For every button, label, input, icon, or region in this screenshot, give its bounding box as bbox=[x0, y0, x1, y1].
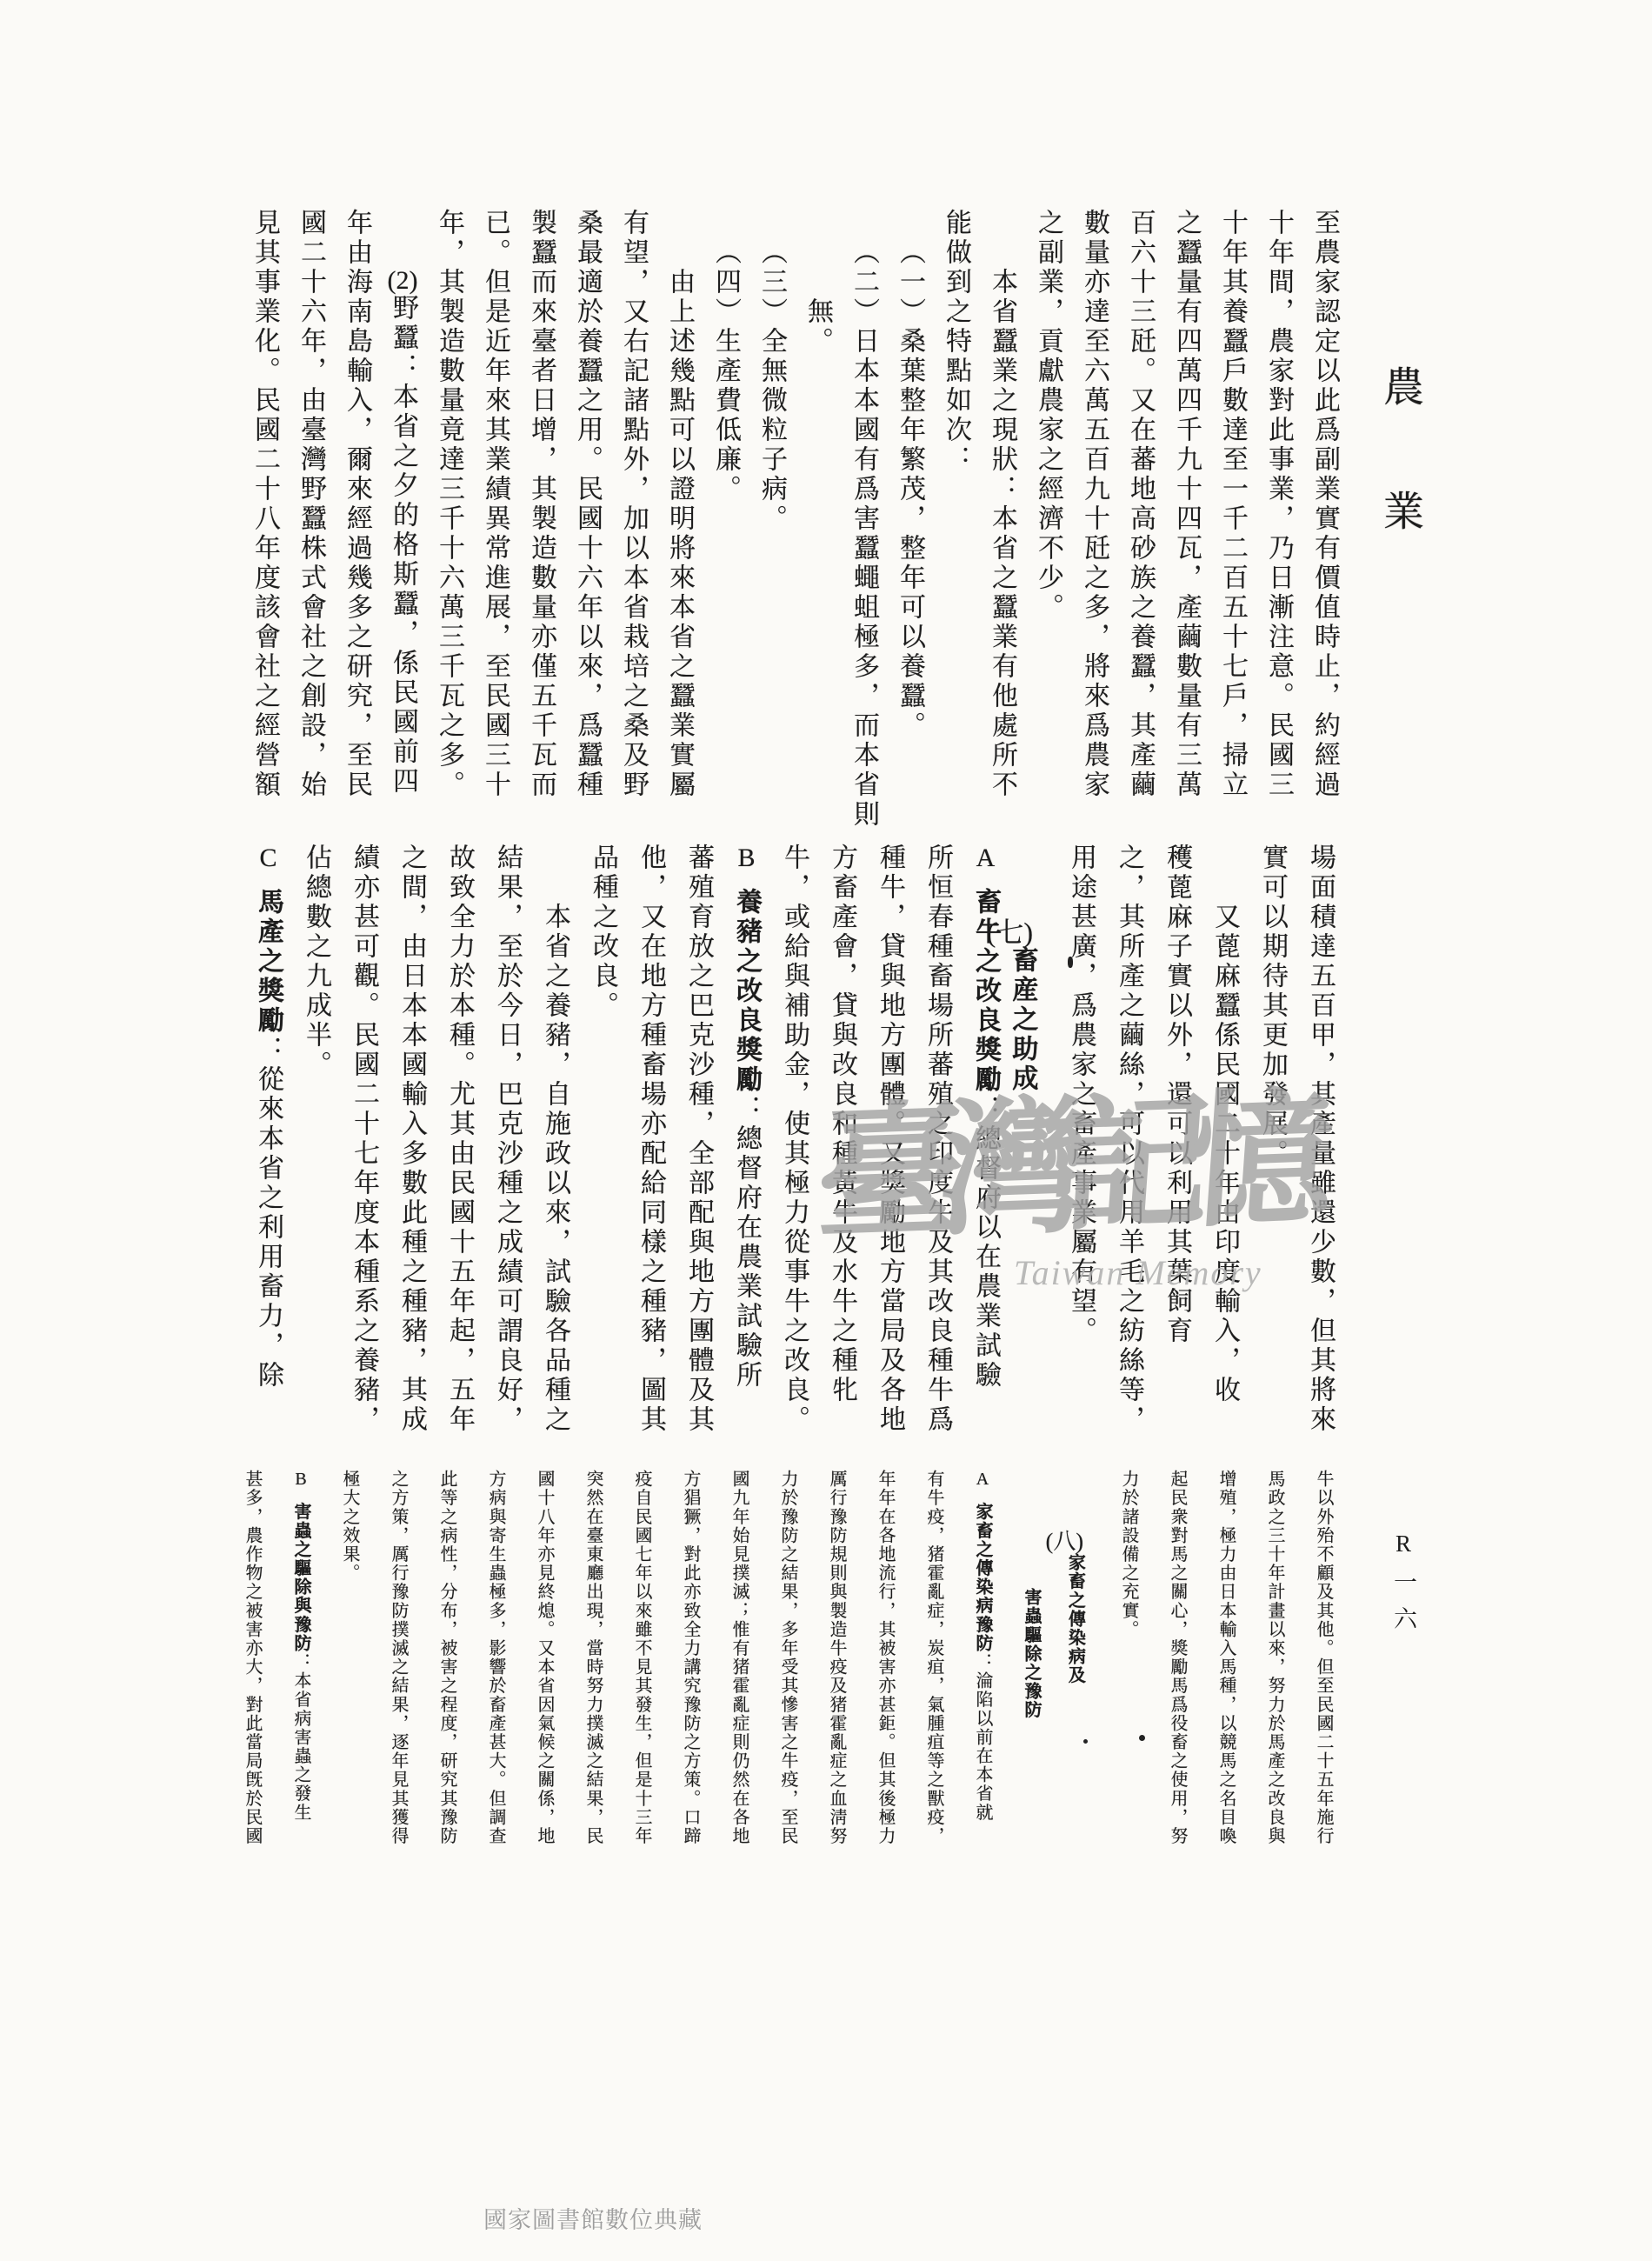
paragraph-column: C馬產之獎勵：從來本省之利用畜力，除 bbox=[244, 844, 292, 1461]
text-column: 年，其製造數量竟達三千十六萬三千瓦之多。 bbox=[426, 209, 472, 835]
text-column: 之方策，厲行豫防撲滅之結果，逐年見其獲得 bbox=[374, 1470, 423, 1861]
list-item-column: ︵四︶生產費低廉。 bbox=[703, 209, 749, 835]
text-column: 國二十六年，由臺灣野蠶株式會社之創設，始 bbox=[288, 209, 334, 835]
text-band-top: 至農家認定以此爲副業實有價值時止，約經過 十年間，農家對此事業，乃日漸注意。民國… bbox=[235, 209, 1348, 835]
paragraph-title: 害蟲之驅除與豫防 bbox=[291, 1503, 310, 1653]
digital-archive-footer: 國家圖書館數位典藏 bbox=[483, 2201, 703, 2235]
text-column: 實可以期待其更加發展。 bbox=[1249, 844, 1296, 1461]
paragraph-title: 養豬之改良獎勵 bbox=[732, 888, 761, 1095]
section-title: 害蟲驅除之豫防 bbox=[1022, 1588, 1041, 1719]
section-heading: (七)畜産之助成 bbox=[1009, 844, 1057, 1461]
text-column: 年年在各地流行，其被害亦甚鉅。但其後極力 bbox=[861, 1470, 909, 1861]
text-column: 故致全力於本種。尤其由民國十五年起，五年 bbox=[436, 844, 483, 1461]
text-column: 百六十三瓩。又在蕃地高砂族之養蠶，其產繭 bbox=[1117, 209, 1163, 835]
text-column: 所恒春種畜場所蕃殖之印度牛及其改良種牛爲 bbox=[914, 844, 962, 1461]
paragraph-column: B害蟲之驅除與豫防：本省病害蟲之發生 bbox=[276, 1470, 325, 1861]
text-column: 佔總數之九成半。 bbox=[292, 844, 340, 1461]
text-column: 突然在臺東廳出現，當時努力撲滅之結果，民 bbox=[569, 1470, 617, 1861]
section-title: 畜産之助成 bbox=[1008, 946, 1036, 1094]
paragraph-label: B bbox=[732, 844, 761, 876]
text-column: 極大之效果。 bbox=[325, 1470, 374, 1861]
text-column: 品種之改良。 bbox=[579, 844, 627, 1461]
scan-speck bbox=[1068, 957, 1073, 968]
text-column: 種牛，貸與地方團體。又獎勵地方當局及各地 bbox=[866, 844, 914, 1461]
paragraph-column: A畜牛之改良獎勵：總督府以在農業試驗 bbox=[962, 844, 1009, 1461]
text-column: 十年其養蠶戶數達至一千二百五十七戶，掃立 bbox=[1209, 209, 1256, 835]
text-column: 數量亦達至六萬五百九十瓩之多，將來爲農家 bbox=[1071, 209, 1117, 835]
text-column: 國十八年亦見終熄。又本省因氣候之關係，地 bbox=[520, 1470, 569, 1861]
scanned-document-page: 農業 R一六 至農家認定以此爲副業實有價值時止，約經過 十年間，農家對此事業，乃… bbox=[0, 0, 1652, 2261]
text-band-bottom: 牛以外殆不顧及其他。但至民國二十五年施行 馬政之三十年計畫以來，努力於馬產之改良… bbox=[216, 1470, 1348, 1861]
text-column: 方猖獗，對此亦致全力講究豫防之方策。口蹄 bbox=[666, 1470, 715, 1861]
text-column: 由上述幾點可以證明將來本省之蠶業實屬 bbox=[656, 209, 703, 835]
text-column: 績亦甚可觀。民國二十七年度本種系之養豬， bbox=[340, 844, 388, 1461]
text-column: 馬政之三十年計畫以來，努力於馬產之改良與 bbox=[1250, 1470, 1299, 1861]
text-column: 能做到之特點如次： bbox=[933, 209, 979, 835]
scan-speck bbox=[1083, 1739, 1088, 1744]
text-column: 結果，至於今日，巴克沙種之成績可謂良好， bbox=[483, 844, 531, 1461]
paragraph-title: 畜牛之改良獎勵 bbox=[971, 888, 1000, 1095]
list-item-column: ︵三︶全無微粒子病。 bbox=[749, 209, 795, 835]
text-column: 增殖，極力由日本輸入馬種，以競馬之名目喚 bbox=[1202, 1470, 1250, 1861]
paragraph-label: C bbox=[254, 844, 283, 876]
text-column: 用途甚廣，爲農家之畜產事業屬有望。 bbox=[1057, 844, 1105, 1461]
section-number: (八) bbox=[1046, 1531, 1083, 1553]
text-column: 十年間，農家對此事業，乃日漸注意。民國三 bbox=[1256, 209, 1302, 835]
paragraph-column: B養豬之改良獎勵：總督府在農業試驗所 bbox=[723, 844, 770, 1461]
text-column: 此等之病性，分布，被害之程度，研究其豫防 bbox=[423, 1470, 471, 1861]
text-column: (2)野蠶：本省之夕的格斯蠶，係民國前四 bbox=[380, 209, 426, 835]
list-item-column: ︵一︶桑葉整年繁茂，整年可以養蠶。 bbox=[887, 209, 933, 835]
margin-section-title: 農業 bbox=[1379, 365, 1420, 614]
text-band-middle: 場面積達五百甲，其產量雖還少數，但其將來 實可以期待其更加發展。 又蓖麻蠶係民國… bbox=[212, 844, 1344, 1461]
text-column: 力於諸設備之充實。 bbox=[1104, 1470, 1153, 1861]
text-column: 已。但是近年來其業績異常進展，至民國三十 bbox=[472, 209, 518, 835]
paragraph-title: 家畜之傳染病豫防 bbox=[973, 1503, 992, 1653]
paragraph-column: A家畜之傳染病豫防：淪陷以前在本省就 bbox=[958, 1470, 1007, 1861]
text-column: 穫蓖麻子實以外，還可以利用其葉飼育 bbox=[1153, 844, 1201, 1461]
text-column: 之間，由日本本國輸入多數此種之種豬，其成 bbox=[388, 844, 436, 1461]
text-column: 製蠶而來臺者日增，其製造數量亦僅五千瓦而 bbox=[518, 209, 564, 835]
text-column: 甚多，農作物之被害亦大，對此當局旣於民國 bbox=[228, 1470, 276, 1861]
item-number: (2) bbox=[388, 268, 418, 294]
paragraph-label: B bbox=[291, 1470, 310, 1491]
text-column: 至農家認定以此爲副業實有價值時止，約經過 bbox=[1302, 209, 1348, 835]
text-column: 他，又在地方種畜場亦配給同樣之種豬，圖其 bbox=[627, 844, 675, 1461]
text-column: 方病與寄生蟲極多，影響於畜產甚大。但調查 bbox=[471, 1470, 520, 1861]
text-column: 又蓖麻蠶係民國二十年由印度輸入，收 bbox=[1201, 844, 1249, 1461]
page-number-marker: R一六 bbox=[1391, 1531, 1415, 1643]
text-column: 見其事業化。民國二十八年度該會社之經營額 bbox=[242, 209, 288, 835]
section-heading: (八)家畜之傳染病及 bbox=[1056, 1470, 1104, 1861]
text-column: 年由海南島輸入，爾來經過幾多之研究，至民 bbox=[334, 209, 380, 835]
text-column: 厲行豫防規則與製造牛疫及猪霍亂症之血淸努 bbox=[812, 1470, 861, 1861]
text-column: 桑最適於養蠶之用。民國十六年以來，爲蠶種 bbox=[564, 209, 610, 835]
text-column: 蕃殖育放之巴克沙種，全部配與地方團體及其 bbox=[675, 844, 723, 1461]
text-column: 有牛疫，猪霍亂症，炭疽，氣腫疽等之獸疫， bbox=[909, 1470, 958, 1861]
text-column: 之副業，貢獻農家之經濟不少。 bbox=[1025, 209, 1071, 835]
section-title: 家畜之傳染病及 bbox=[1065, 1553, 1084, 1684]
text-column: 本省蠶業之現狀：本省之蠶業有他處所不 bbox=[979, 209, 1025, 835]
text-column: 場面積達五百甲，其產量雖還少數，但其將來 bbox=[1296, 844, 1344, 1461]
text-column: 牛，或給與補助金，使其極力從事牛之改良。 bbox=[770, 844, 818, 1461]
text-column: 之，其所產之繭絲，可以代用羊毛之紡絲等， bbox=[1105, 844, 1153, 1461]
text-column: 疫自民國七年以來雖不見其發生，但是十三年 bbox=[617, 1470, 666, 1861]
text-column: 無。 bbox=[795, 209, 841, 835]
text-column: 之蠶量有四萬四千九十四瓦，產繭數量有三萬 bbox=[1163, 209, 1209, 835]
paragraph-label: A bbox=[971, 844, 1000, 876]
scan-speck bbox=[1139, 1735, 1145, 1741]
text-column: 方畜產會，貸與改良和種黃牛及水牛之種牝 bbox=[818, 844, 866, 1461]
text-column: 力於豫防之結果，多年受其慘害之牛疫，至民 bbox=[763, 1470, 812, 1861]
list-item-column: ︵二︶日本本國有爲害蠶蠅蛆極多，而本省則 bbox=[841, 209, 887, 835]
text-column: 國九年始見撲滅；惟有猪霍亂症則仍然在各地 bbox=[715, 1470, 763, 1861]
paragraph-label: A bbox=[973, 1470, 992, 1491]
text-column: 有望，又右記諸點外，加以本省栽培之桑及野 bbox=[610, 209, 656, 835]
text-column: 起民衆對馬之關心，獎勵馬爲役畜之使用，努 bbox=[1153, 1470, 1202, 1861]
text-column: 牛以外殆不顧及其他。但至民國二十五年施行 bbox=[1299, 1470, 1348, 1861]
paragraph-title: 馬產之獎勵 bbox=[254, 888, 283, 1036]
text-column: 本省之養豬，自施政以來，試驗各品種之 bbox=[531, 844, 579, 1461]
